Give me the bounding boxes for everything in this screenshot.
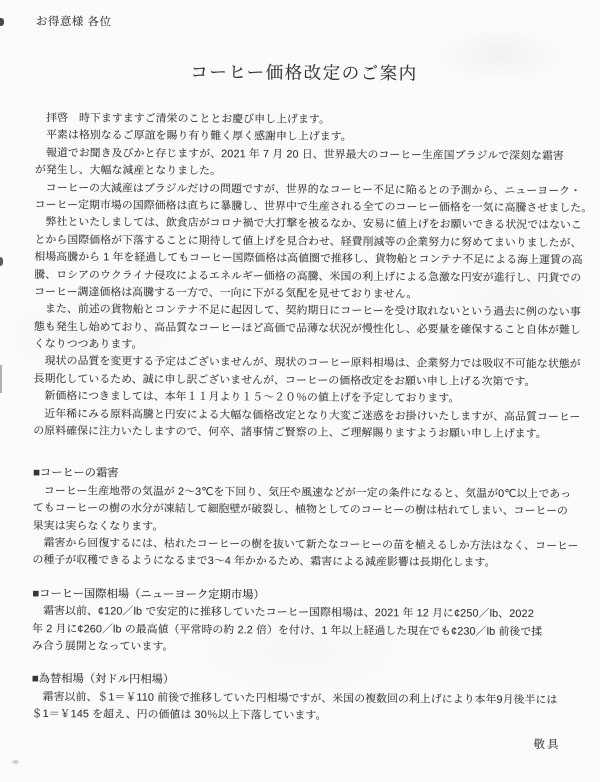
scan-artifact bbox=[0, 18, 4, 26]
section-international-market: ■コーヒー国際相場（ニューヨーク定期市場） 霜害以前、¢120／lb で安定的に… bbox=[32, 586, 569, 659]
scan-artifact bbox=[0, 257, 3, 266]
letter-content: お得意様 各位 コーヒー価格改定のご案内 拝啓 時下ますますご清栄のこととお慶び… bbox=[31, 0, 573, 752]
scan-artifact bbox=[0, 365, 2, 393]
recipient-line: お得意様 各位 bbox=[36, 13, 573, 32]
section-frost-damage: ■コーヒーの霜害 コーヒー生産地帯の気温が 2～3℃を下回り、気圧や風速などが一… bbox=[33, 465, 571, 573]
scan-artifact bbox=[11, 759, 20, 765]
section-exchange-rate: ■為替相場（対ドル円相場） 霜害以前、＄1＝￥110 前後で推移していた円相場で… bbox=[32, 671, 569, 726]
text-line: の種子が収穫できるようになるまで3～4 年かかるため、霜害による減産影響は長期化… bbox=[33, 552, 570, 573]
section-body: 霜害以前、¢120／lb で安定的に推移していたコーヒー国際相場は、2021 年… bbox=[32, 603, 569, 658]
scanned-letter-page: お得意様 各位 コーヒー価格改定のご案内 拝啓 時下ますますご清栄のこととお慶び… bbox=[0, 0, 600, 782]
text-line: み合う展開となっています。 bbox=[32, 638, 569, 659]
document-title: コーヒー価格改定のご案内 bbox=[35, 59, 572, 86]
section-body: コーヒー生産地帯の気温が 2～3℃を下回り、気圧や風速などが一定の条件になると、… bbox=[33, 483, 571, 573]
text-line: の原料確保に注力いたしますので、何卒、諸事情ご賢察の上、ご理解賜りますようお願い… bbox=[33, 423, 570, 444]
sections: ■コーヒーの霜害 コーヒー生産地帯の気温が 2～3℃を下回り、気圧や風速などが一… bbox=[32, 465, 571, 726]
closing-word: 敬具 bbox=[31, 733, 568, 752]
text-line: ＄1＝￥145 を超え、円の価値は 30％以上下落しています。 bbox=[32, 706, 569, 727]
section-body: 霜害以前、＄1＝￥110 前後で推移していた円相場ですが、米国の複数回の利上げに… bbox=[32, 689, 569, 727]
letter-body: 拝啓 時下ますますご清栄のこととお慶び申し上げます。 平素は格別なるご厚誼を賜り… bbox=[33, 110, 572, 444]
